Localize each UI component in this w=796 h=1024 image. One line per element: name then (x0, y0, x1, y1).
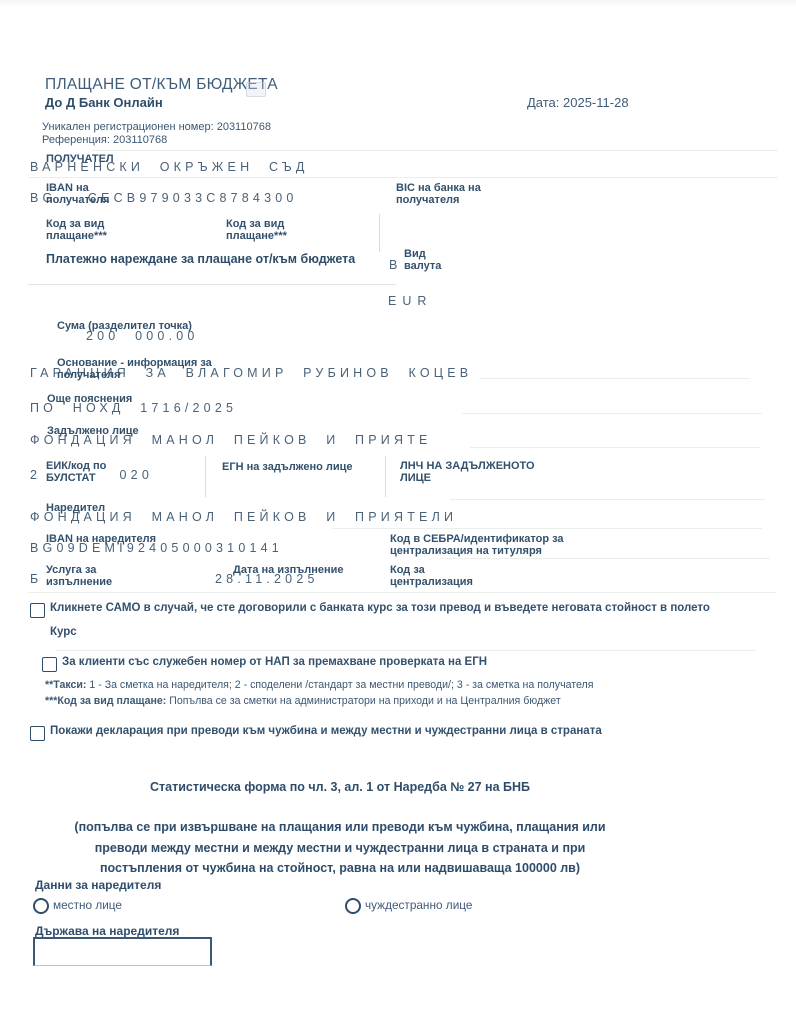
eik-label: ЕИК/код по БУЛСТАТ (46, 461, 118, 484)
page-title: ПЛАЩАНЕ ОТ/КЪМ БЮДЖЕТА (45, 76, 278, 94)
orderer-data-heading: Данни за наредителя (35, 878, 161, 892)
statistics-paragraph: (попълва се при извършване на плащания и… (60, 817, 620, 879)
payment-type-code-2-label: Код за вид плащане*** (226, 219, 298, 242)
date-label: Дата: 2025-11-28 (527, 95, 629, 110)
local-person-radio[interactable] (33, 898, 49, 914)
currency-label: Вид валута (404, 249, 452, 272)
grounds-label: Основание - информация за получателя (57, 358, 217, 381)
declaration-checkbox[interactable] (30, 726, 45, 741)
title-badge-icon (246, 82, 266, 97)
fees-footnote-text: 1 - За сметка на наредителя; 2 - споделе… (86, 679, 593, 691)
foreign-person-radio[interactable] (345, 898, 361, 914)
separator-line (470, 447, 760, 448)
amount-label: Сума (разделител точка) (57, 321, 192, 333)
sebra-label: Код в СЕБРА/идентификатор за централизац… (390, 534, 575, 557)
separator-line (92, 150, 778, 151)
currency-prefix: В (389, 258, 402, 272)
rate-field-word: Курс (50, 626, 77, 638)
separator-line (480, 378, 750, 379)
bank-channel-label: До Д Банк Онлайн (45, 95, 163, 110)
budget-payment-form: ПЛАЩАНЕ ОТ/КЪМ БЮДЖЕТА До Д Банк Онлайн … (0, 0, 796, 1024)
currency-value: EUR (388, 294, 432, 308)
payment-code-footnote-text: Попълва се за сметки на администратори н… (166, 695, 560, 707)
lnch-label: ЛНЧ НА ЗАДЪЛЖЕНОТО ЛИЦЕ (400, 461, 550, 484)
separator-line (28, 177, 778, 178)
fees-footnote-prefix: **Такси: (45, 679, 86, 691)
top-shadow (0, 0, 796, 8)
fees-footnote: **Такси: 1 - За сметка на наредителя; 2 … (45, 679, 593, 691)
separator-line (440, 558, 770, 559)
separator-line (462, 413, 762, 414)
negotiated-rate-checkbox[interactable] (30, 603, 45, 618)
service-value: Б (30, 572, 42, 586)
nap-number-checkbox[interactable] (42, 657, 57, 672)
declaration-text: Покажи декларация при преводи към чужбин… (50, 725, 602, 737)
registration-number: Уникален регистрационен номер: 203110768 (42, 121, 271, 133)
foreign-person-label: чуждестранно лице (365, 898, 472, 912)
local-person-label: местно лице (53, 898, 122, 912)
egn-label: ЕГН на задължено лице (222, 462, 353, 474)
separator-line (450, 499, 765, 500)
order-heading: Платежно нареждане за плащане от/към бюд… (46, 252, 355, 266)
section-divider (28, 284, 396, 285)
orderer-iban-label: IBAN на наредителя (46, 534, 156, 546)
orderer-country-input[interactable] (33, 937, 212, 966)
details-label: Още пояснения (47, 394, 132, 406)
service-label: Услуга за изпълнение (46, 565, 116, 588)
statistics-heading: Статистическа форма по чл. 3, ал. 1 от Н… (30, 780, 650, 794)
separator-line (56, 650, 756, 651)
separator-line (28, 592, 776, 593)
payment-type-code-1-label: Код за вид плащане*** (46, 219, 118, 242)
payment-code-footnote: ***Код за вид плащане: Попълва се за сме… (45, 695, 561, 707)
orderer-label: Наредител (46, 503, 105, 515)
reference-number: Референция: 203110768 (42, 134, 167, 146)
separator-line (332, 528, 762, 529)
recipient-label: ПОЛУЧАТЕЛ (46, 154, 114, 166)
exec-date-label: Дата на изпълнение (233, 565, 344, 577)
column-divider (379, 214, 380, 252)
column-divider (385, 456, 386, 497)
negotiated-rate-text: Кликнете САМО в случай, че сте договорил… (50, 602, 710, 614)
orderer-country-label: Държава на наредителя (35, 924, 179, 938)
centralization-code-label: Код за централизация (390, 565, 485, 588)
payment-code-footnote-prefix: ***Код за вид плащане: (45, 695, 166, 707)
column-divider (205, 456, 206, 497)
obliged-person-label: Задължено лице (47, 426, 139, 438)
recipient-bic-label: BIC на банка на получателя (396, 183, 506, 206)
recipient-iban-label: IBAN на получателя (46, 183, 126, 206)
nap-number-text: За клиенти със служебен номер от НАП за … (62, 656, 487, 668)
